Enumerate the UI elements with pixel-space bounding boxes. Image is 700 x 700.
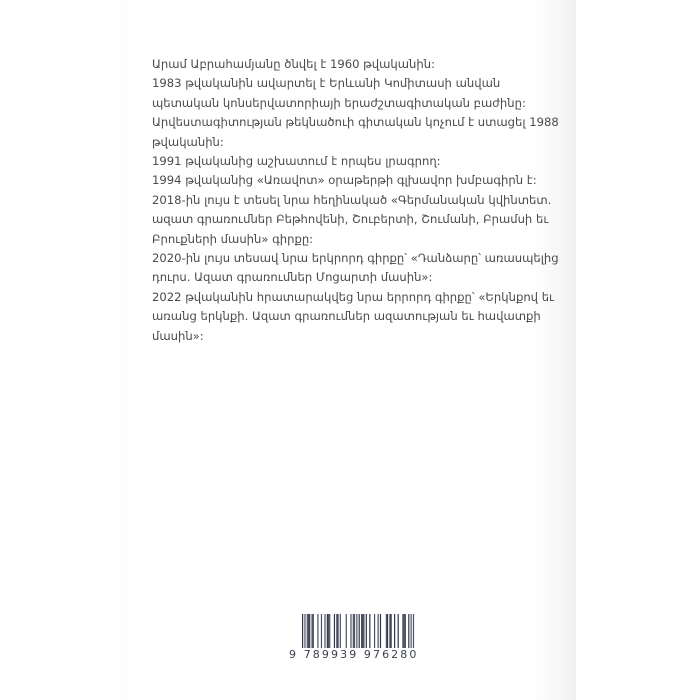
bio-paragraph: 2020-ին լույս տեսավ նրա երկրորդ գիրքը՝ «… bbox=[152, 249, 567, 288]
bio-paragraph: 1991 թվականից աշխատում է որպես լրագրող: bbox=[152, 152, 567, 171]
author-bio: Արամ Աբրահամյանը ծնվել է 1960 թվականին: … bbox=[152, 55, 567, 346]
bio-paragraph: Արամ Աբրահամյանը ծնվել է 1960 թվականին: bbox=[152, 55, 567, 74]
book-back-cover: Արամ Աբրահամյանը ծնվել է 1960 թվականին: … bbox=[122, 0, 576, 700]
isbn-digits: 9 789939 976280 bbox=[288, 648, 420, 662]
bio-paragraph: 1994 թվականից «Առավոտ» օրաթերթի գլխավոր … bbox=[152, 171, 567, 190]
isbn-barcode: 9 789939 976280 bbox=[288, 614, 420, 664]
bio-paragraph: 2022 թվականին հրատարակվեց նրա երրորդ գիր… bbox=[152, 288, 567, 346]
bio-paragraph: 1983 թվականին ավարտել է Երևանի Կոմիտասի … bbox=[152, 74, 567, 152]
scene: Արամ Աբրահամյանը ծնվել է 1960 թվականին: … bbox=[0, 0, 700, 700]
bio-paragraph: 2018-ին լույս է տեսել նրա հեղինակած «Գեր… bbox=[152, 191, 567, 249]
